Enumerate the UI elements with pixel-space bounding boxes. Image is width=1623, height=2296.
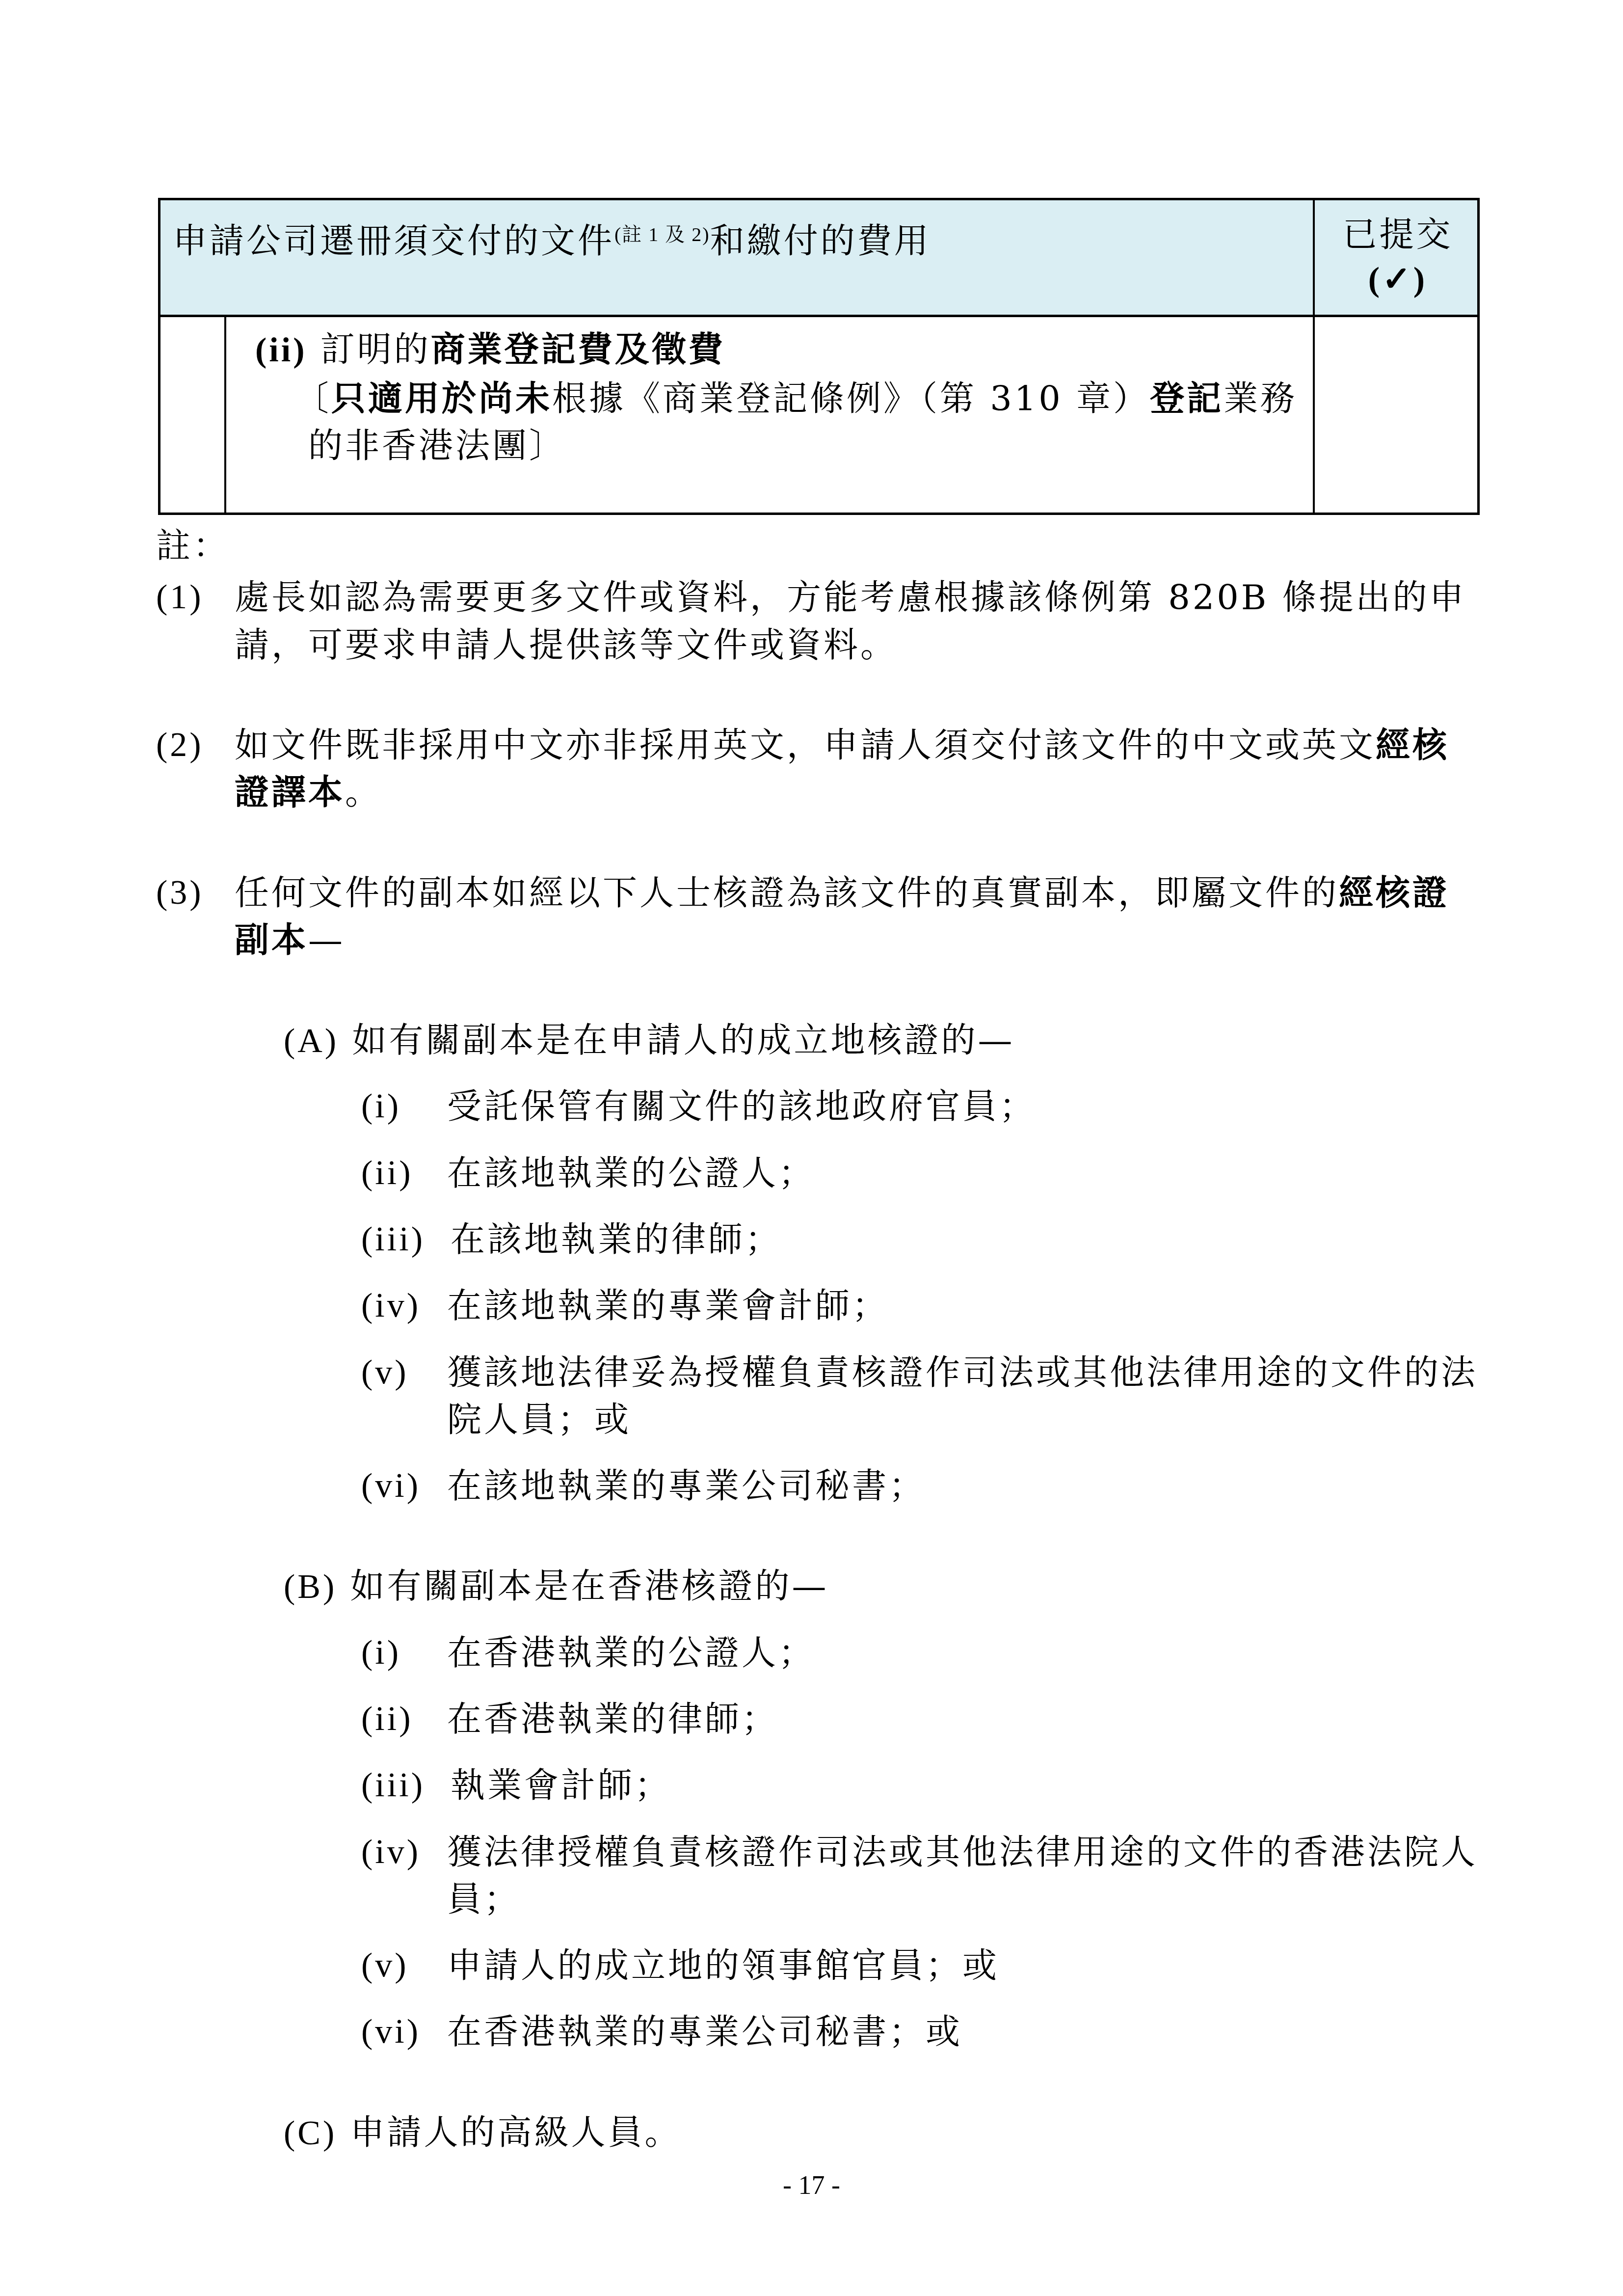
section-a-heading: (A) 如有關副本是在申請人的成立地核證的—	[284, 1017, 1014, 1065]
note-1-line2: 請，可要求申請人提供該等文件或資料。	[235, 621, 897, 669]
column-divider	[1313, 200, 1315, 513]
page-number: - 17 -	[0, 2170, 1623, 2200]
section-b-title: 如有關副本是在香港核證的—	[350, 1566, 829, 1606]
a-item-3-marker: (iii)	[361, 1216, 425, 1263]
a-item-4-text: 在該地執業的專業會計師；	[447, 1282, 889, 1329]
row-line2-normal2: 業務	[1224, 378, 1297, 419]
check-mark-icon: (✓)	[1339, 256, 1457, 303]
row-item-number: (ii)	[255, 331, 307, 369]
a-item-3-text: 在該地執業的律師；	[451, 1216, 782, 1263]
b-item-5-text: 申請人的成立地的領事館官員；或	[447, 1942, 999, 1989]
row-item-line2: 〔只適用於尚未根據《商業登記條例》（第 310 章）登記業務	[294, 375, 1297, 422]
note-3-line1: 任何文件的副本如經以下人士核證為該文件的真實副本，即屬文件的經核證	[235, 869, 1449, 917]
row-item-line3: 的非香港法團〕	[308, 422, 566, 469]
section-a-title: 如有關副本是在申請人的成立地核證的—	[352, 1020, 1014, 1060]
b-item-1-marker: (i)	[361, 1629, 401, 1676]
section-b-marker: (B)	[284, 1568, 337, 1606]
note-3-line2: 副本—	[235, 917, 345, 964]
a-item-5-marker: (v)	[361, 1349, 409, 1396]
b-item-3-marker: (iii)	[361, 1762, 425, 1809]
note-2-line2: 證譯本。	[235, 769, 382, 816]
section-b-heading: (B) 如有關副本是在香港核證的—	[284, 1563, 829, 1611]
a-item-2-text: 在該地執業的公證人；	[447, 1150, 815, 1197]
a-item-2-marker: (ii)	[361, 1150, 413, 1197]
section-c-title: 申請人的高級人員。	[350, 2112, 682, 2153]
row-line2-normal1: 根據《商業登記條例》（第 310 章）	[552, 378, 1150, 419]
note-3-line1-normal: 任何文件的副本如經以下人士核證為該文件的真實副本，即屬文件的	[235, 873, 1339, 913]
note-2-marker: (2)	[156, 722, 204, 769]
note-2-line1-bold: 經核	[1376, 725, 1449, 765]
note-2-line2-normal: 。	[345, 772, 382, 812]
row-line1-normal: 訂明的	[320, 329, 431, 370]
b-item-4-text-cont: 員；	[447, 1876, 521, 1923]
row-line1-bold: 商業登記費及徵費	[431, 329, 725, 370]
row-item-line1: (ii) 訂明的商業登記費及徵費	[255, 326, 725, 374]
submitted-header-label: 已提交	[1339, 211, 1457, 258]
b-item-3-text: 執業會計師；	[451, 1762, 671, 1809]
table-header-title: 申請公司遷冊須交付的文件(註 1 及 2)和繳付的費用	[173, 211, 931, 265]
note-3-line2-bold: 副本	[235, 919, 308, 960]
note-2-line2-bold: 證譯本	[235, 772, 345, 812]
bracket-open: 〔	[294, 378, 331, 419]
note-2-line1-normal: 如文件既非採用中文亦非採用英文，申請人須交付該文件的中文或英文	[235, 725, 1376, 765]
section-c-marker: (C)	[284, 2114, 337, 2152]
a-item-5-text-cont: 院人員；或	[447, 1396, 631, 1443]
notes-heading: 註：	[156, 522, 230, 569]
row-line2-bold1: 只適用於尚未	[331, 378, 552, 419]
submitted-checkbox-cell[interactable]	[1315, 318, 1477, 513]
note-1-line1: 處長如認為需要更多文件或資料，方能考慮根據該條例第 820B 條提出的申	[235, 574, 1466, 621]
a-item-1-marker: (i)	[361, 1083, 401, 1130]
header-note-ref: (註 1 及 2)	[614, 223, 710, 245]
note-1-marker: (1)	[156, 574, 204, 621]
a-item-6-marker: (vi)	[361, 1462, 421, 1510]
b-item-6-marker: (vi)	[361, 2008, 421, 2055]
b-item-4-text: 獲法律授權負責核證作司法或其他法律用途的文件的香港法院人	[447, 1829, 1478, 1876]
b-item-2-text: 在香港執業的律師；	[447, 1696, 778, 1743]
header-title-suffix: 和繳付的費用	[710, 221, 931, 261]
note-3-line2-normal: —	[308, 920, 345, 960]
b-item-2-marker: (ii)	[361, 1696, 413, 1743]
row-line2-bold2: 登記	[1150, 378, 1224, 419]
section-a-marker: (A)	[284, 1022, 339, 1060]
a-item-4-marker: (iv)	[361, 1282, 421, 1329]
b-item-6-text: 在香港執業的專業公司秘書；或	[447, 2008, 962, 2055]
index-column-divider	[224, 315, 226, 513]
b-item-1-text: 在香港執業的公證人；	[447, 1629, 815, 1676]
b-item-5-marker: (v)	[361, 1942, 409, 1989]
note-3-line1-bold: 經核證	[1339, 872, 1449, 913]
b-item-4-marker: (iv)	[361, 1829, 421, 1876]
a-item-1-text: 受託保管有關文件的該地政府官員；	[447, 1083, 1036, 1130]
note-2-line1: 如文件既非採用中文亦非採用英文，申請人須交付該文件的中文或英文經核	[235, 722, 1449, 769]
a-item-5-text: 獲該地法律妥為授權負責核證作司法或其他法律用途的文件的法	[447, 1349, 1478, 1396]
header-title-prefix: 申請公司遷冊須交付的文件	[173, 221, 614, 261]
a-item-6-text: 在該地執業的專業公司秘書；	[447, 1462, 926, 1510]
section-c-heading: (C) 申請人的高級人員。	[284, 2109, 682, 2157]
note-3-marker: (3)	[156, 869, 204, 917]
